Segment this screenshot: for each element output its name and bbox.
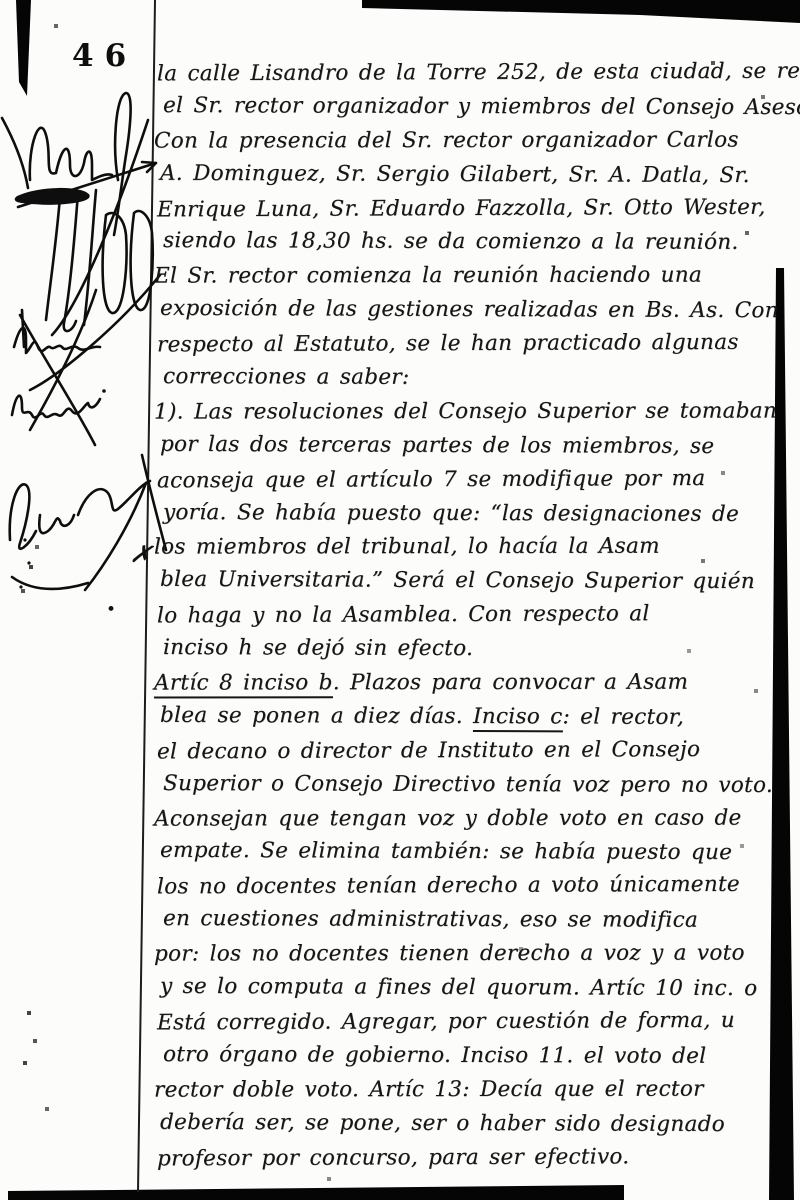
- handwritten-line: debería ser, se pone, ser o haber sido d…: [152, 1105, 792, 1141]
- handwritten-line: profesor por concurso, para ser efectivo…: [152, 1139, 792, 1176]
- underlined-inciso-ref: Inciso c: [473, 704, 563, 732]
- handwritten-line: correcciones a saber:: [152, 360, 792, 396]
- handwritten-line: Con la presencia del Sr. rector organiza…: [152, 123, 792, 158]
- handwritten-line: lo haga y no la Asamblea. Con respecto a…: [152, 597, 792, 634]
- handwritten-line: siendo las 18,30 hs. se da comienzo a la…: [152, 224, 792, 260]
- handwritten-line-underlined-heading: Artíc 8 inciso b. Plazos para convocar a…: [152, 665, 792, 700]
- line-rest: . Plazos para convocar a Asam: [333, 670, 689, 696]
- bullet-mark: •: [106, 600, 116, 620]
- handwritten-line: por: los no docentes tienen derecho a vo…: [152, 937, 792, 972]
- handwritten-text-block: la calle Lisandro de la Torre 252, de es…: [152, 56, 792, 1174]
- handwritten-line: yoría. Se había puesto que: “las designa…: [152, 496, 792, 532]
- handwritten-line: Aconsejan que tengan voz y doble voto en…: [152, 801, 792, 836]
- handwritten-line: rector doble voto. Artíc 13: Decía que e…: [152, 1072, 792, 1107]
- scan-artifact-bottom-bar: [8, 1185, 624, 1200]
- line-rest: : el rector,: [562, 704, 684, 729]
- handwritten-line: Enrique Luna, Sr. Eduardo Fazzolla, Sr. …: [152, 190, 792, 227]
- handwritten-line: por las dos terceras partes de los miemb…: [152, 428, 792, 464]
- handwritten-line: el Sr. rector organizador y miembros del…: [152, 89, 792, 125]
- scan-artifact-left-bar: [16, 0, 31, 96]
- handwritten-line: exposición de las gestiones realizadas e…: [152, 292, 792, 328]
- handwritten-line: inciso h se dejó sin efecto.: [152, 631, 792, 667]
- page-number: 46: [72, 38, 137, 74]
- handwritten-line: otro órgano de gobierno. Inciso 11. el v…: [152, 1038, 792, 1074]
- handwritten-line: A. Dominguez, Sr. Sergio Gilabert, Sr. A…: [152, 156, 792, 192]
- handwritten-line: empate. Se elimina también: se había pue…: [152, 834, 792, 870]
- handwritten-line: respecto al Estatuto, se le han practica…: [152, 326, 792, 363]
- underlined-article-ref: Artíc 8 inciso b: [154, 670, 333, 698]
- handwritten-line: blea Universitaria.” Será el Consejo Sup…: [152, 563, 792, 599]
- handwritten-line: los miembros del tribunal, lo hacía la A…: [152, 530, 792, 565]
- handwritten-line: la calle Lisandro de la Torre 252, de es…: [152, 55, 792, 92]
- handwritten-line: Está corregido. Agregar, por cuestión de…: [152, 1004, 792, 1041]
- margin-signature-scribbles: [2, 93, 166, 590]
- handwritten-line: Superior o Consejo Directivo tenía voz p…: [152, 767, 792, 803]
- line-pre: blea se ponen a diez días.: [160, 703, 473, 729]
- handwritten-line: el decano o director de Instituto en el …: [152, 732, 792, 769]
- handwritten-line-underlined-heading: blea se ponen a diez días. Inciso c: el …: [152, 699, 792, 735]
- handwritten-line: aconseja que el artículo 7 se modifique …: [152, 461, 792, 498]
- scan-artifact-top-right: [362, 0, 800, 23]
- handwritten-line: en cuestiones administrativas, eso se mo…: [152, 902, 792, 938]
- handwritten-line: 1). Las resoluciones del Consejo Superio…: [152, 394, 792, 429]
- paper-noise-specks: [0, 0, 2, 2]
- handwritten-line: y se lo computa a fines del quorum. Artí…: [152, 970, 792, 1006]
- x-correction-mark: ✗: [128, 539, 154, 572]
- handwritten-line: los no docentes tenían derecho a voto ún…: [152, 868, 792, 905]
- handwritten-line: El Sr. rector comienza la reunión hacien…: [152, 259, 792, 294]
- scanned-document-page: 46 ✗ • la calle Lisandro de la Torre 252…: [0, 0, 800, 1200]
